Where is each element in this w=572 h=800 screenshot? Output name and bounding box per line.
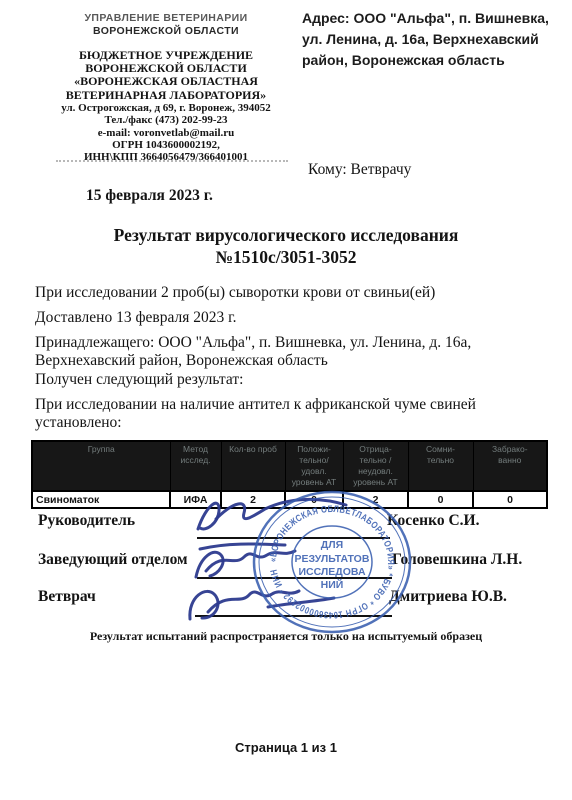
signature-stroke-2 xyxy=(196,552,223,577)
org-email-line: e-mail: voronvetlab@mail.ru xyxy=(40,127,292,139)
signature-role-veterinarian: Ветврач xyxy=(38,588,96,606)
cell-rejected: 0 xyxy=(473,491,547,508)
header-method: Метод исслед. xyxy=(170,441,221,491)
signature-stroke-1 xyxy=(198,503,219,529)
footer-disclaimer: Результат испытаний распространяется тол… xyxy=(0,629,572,644)
body-paragraph-test-statement: При исследовании на наличие антител к аф… xyxy=(35,396,530,432)
header-rejected: Забрако- ванно xyxy=(473,441,547,491)
stamp-center-line: ИССЛЕДОВА xyxy=(298,566,366,578)
org-line: ВОРОНЕЖСКОЙ ОБЛАСТИ xyxy=(40,25,292,38)
recipient-address: Адрес: ООО "Альфа", п. Вишневка, ул. Лен… xyxy=(302,8,568,71)
page-number: Страница 1 из 1 xyxy=(0,740,572,755)
header-group: Группа xyxy=(32,441,170,491)
body-paragraph-samples: При исследовании 2 проб(ы) сыворотки кро… xyxy=(35,284,530,302)
letterhead-org-block: УПРАВЛЕНИЕ ВЕТЕРИНАРИИ ВОРОНЕЖСКОЙ ОБЛАС… xyxy=(40,12,292,164)
stamp-center-line: РЕЗУЛЬТАТОВ xyxy=(295,553,370,565)
recipient-to: Кому: Ветврачу xyxy=(308,161,411,179)
stamp-center-line: ДЛЯ xyxy=(321,539,343,551)
stamp-center-line: НИЙ xyxy=(321,578,344,591)
title-line-1: Результат вирусологического исследования xyxy=(0,224,572,246)
title-line-2: №1510с/3051-3052 xyxy=(0,246,572,268)
body-paragraph-owner: Принадлежащего: ООО "Альфа", п. Вишневка… xyxy=(35,334,530,370)
document-page: УПРАВЛЕНИЕ ВЕТЕРИНАРИИ ВОРОНЕЖСКОЙ ОБЛАС… xyxy=(0,0,572,800)
org-line: ВЕТЕРИНАРНАЯ ЛАБОРАТОРИЯ» xyxy=(40,89,292,102)
body-paragraph-result-intro: Получен следующий результат: xyxy=(35,371,530,389)
letterhead-divider xyxy=(56,160,288,162)
body-paragraph-delivered: Доставлено 13 февраля 2023 г. xyxy=(35,309,530,327)
signature-role-director: Руководитель xyxy=(38,512,135,530)
document-title: Результат вирусологического исследования… xyxy=(0,224,572,268)
org-ogrn-line: ОГРН 1043600002192, xyxy=(40,139,292,151)
document-date: 15 февраля 2023 г. xyxy=(86,187,213,205)
org-address-line: ул. Острогожская, д 69, г. Воронеж, 3940… xyxy=(40,102,292,114)
org-phone-line: Тел./факс (473) 202-99-23 xyxy=(40,114,292,126)
org-line: УПРАВЛЕНИЕ ВЕТЕРИНАРИИ xyxy=(40,13,292,25)
round-stamp: «ВОРОНЕЖСКАЯ ОБЛВЕТЛАБОРАТОРИЯ» * БУВО *… xyxy=(227,472,437,652)
org-line: «ВОРОНЕЖСКАЯ ОБЛАСТНАЯ xyxy=(40,75,292,88)
